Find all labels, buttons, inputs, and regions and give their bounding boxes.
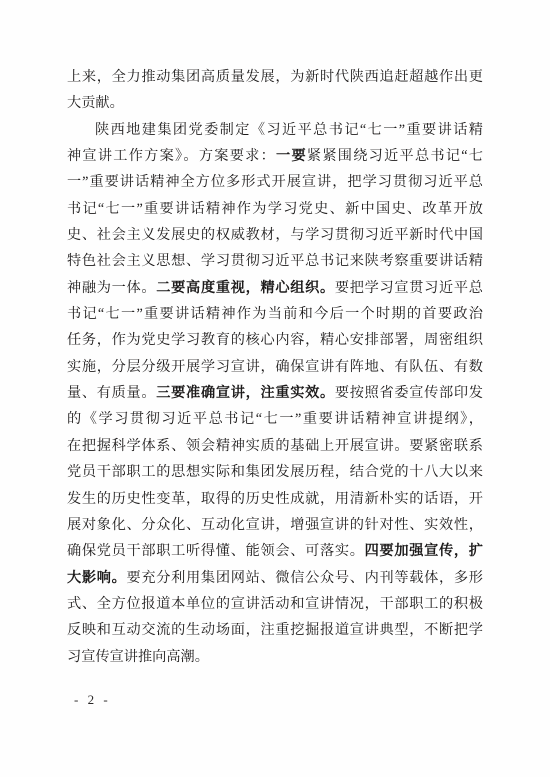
text-segment: 发生的历史性变革，取得的历史性成就，用清新朴实的话语，开 bbox=[67, 491, 483, 507]
text-segment: 反映和互动交流的生动场面，注重挖掘报道宣讲典型，不断把学 bbox=[67, 622, 483, 638]
text-segment: 特色社会主义思想、学习贯彻习近平总书记来陕考察重要讲话精 bbox=[67, 253, 483, 269]
text-line: 任务，作为党史学习教育的核心内容，精心安排部署，周密组织 bbox=[67, 327, 483, 353]
text-segment: 紧紧围绕习近平总书记“七 bbox=[307, 148, 483, 164]
bold-text-segment: 四要加强宣传，扩 bbox=[365, 543, 483, 559]
text-segment: 神融为一体。 bbox=[67, 280, 156, 296]
text-line: 展对象化、分众化、互动化宣讲，增强宣讲的针对性、实效性， bbox=[67, 512, 483, 538]
bold-text-segment: 三要准确宣讲，注重实效。 bbox=[156, 385, 335, 401]
text-segment: 党员干部职工的思想实际和集团发展历程，结合党的十八大以来 bbox=[67, 464, 483, 480]
text-line: 反映和互动交流的生动场面，注重挖掘报道宣讲典型，不断把学 bbox=[67, 617, 483, 643]
bold-text-segment: 二要高度重视，精心组织。 bbox=[156, 280, 335, 296]
document-page: 上来，全力推动集团高质量发展，为新时代陕西追赶超越作出更大贡献。陕西地建集团党委… bbox=[0, 0, 550, 777]
text-line: 特色社会主义思想、学习贯彻习近平总书记来陕考察重要讲话精 bbox=[67, 248, 483, 274]
text-segment: 要把学习宣贯习近平总 bbox=[335, 280, 483, 296]
text-line: 实施，分层分级开展学习宣讲，确保宣讲有阵地、有队伍、有数 bbox=[67, 354, 483, 380]
text-segment: 确保党员干部职工听得懂、能领会、可落实。 bbox=[67, 543, 365, 559]
text-line: 量、有质量。三要准确宣讲，注重实效。要按照省委宣传部印发 bbox=[67, 380, 483, 406]
text-segment: 式、全方位报道本单位的宣讲活动和宣讲情况，干部职工的积极 bbox=[67, 596, 483, 612]
text-segment: 上来，全力推动集团高质量发展，为新时代陕西追赶超越作出更 bbox=[67, 69, 483, 85]
text-line: 的《学习贯彻习近平总书记“七一”重要讲话精神宣讲提纲》， bbox=[67, 406, 483, 432]
page-number: - 2 - bbox=[74, 692, 111, 708]
text-segment: 陕西地建集团党委制定《习近平总书记“七一”重要讲话精 bbox=[95, 122, 483, 138]
text-segment: 习宣传宣讲推向高潮。 bbox=[67, 649, 209, 665]
text-segment: 在把握科学体系、领会精神实质的基础上开展宣讲。要紧密联系 bbox=[67, 438, 483, 454]
text-line: 上来，全力推动集团高质量发展，为新时代陕西追赶超越作出更 bbox=[67, 64, 483, 90]
text-line: 神宣讲工作方案》。方案要求：一要紧紧围绕习近平总书记“七 bbox=[67, 143, 483, 169]
text-segment: 任务，作为党史学习教育的核心内容，精心安排部署，周密组织 bbox=[67, 332, 483, 348]
text-line: 神融为一体。二要高度重视，精心组织。要把学习宣贯习近平总 bbox=[67, 275, 483, 301]
text-line: 习宣传宣讲推向高潮。 bbox=[67, 644, 483, 670]
text-line: 党员干部职工的思想实际和集团发展历程，结合党的十八大以来 bbox=[67, 459, 483, 485]
text-segment: 大贡献。 bbox=[67, 95, 124, 111]
text-line: 书记“七一”重要讲话精神作为学习党史、新中国史、改革开放 bbox=[67, 196, 483, 222]
text-segment: 展对象化、分众化、互动化宣讲，增强宣讲的针对性、实效性， bbox=[67, 517, 483, 533]
text-line: 陕西地建集团党委制定《习近平总书记“七一”重要讲话精 bbox=[67, 117, 483, 143]
bold-text-segment: 大影响。 bbox=[67, 570, 127, 586]
text-segment: 神宣讲工作方案》。方案要求： bbox=[67, 148, 276, 164]
text-line: 确保党员干部职工听得懂、能领会、可落实。四要加强宣传，扩 bbox=[67, 538, 483, 564]
bold-text-segment: 一要 bbox=[276, 148, 307, 164]
text-line: 式、全方位报道本单位的宣讲活动和宣讲情况，干部职工的积极 bbox=[67, 591, 483, 617]
text-segment: 量、有质量。 bbox=[67, 385, 156, 401]
text-segment: 一”重要讲话精神全方位多形式开展宣讲，把学习贯彻习近平总 bbox=[67, 174, 483, 190]
text-line: 发生的历史性变革，取得的历史性成就，用清新朴实的话语，开 bbox=[67, 486, 483, 512]
document-body: 上来，全力推动集团高质量发展，为新时代陕西追赶超越作出更大贡献。陕西地建集团党委… bbox=[67, 64, 483, 670]
text-segment: 书记“七一”重要讲话精神作为当前和今后一个时期的首要政治 bbox=[67, 306, 483, 322]
text-line: 书记“七一”重要讲话精神作为当前和今后一个时期的首要政治 bbox=[67, 301, 483, 327]
text-line: 史、社会主义发展史的权威教材，与学习贯彻习近平新时代中国 bbox=[67, 222, 483, 248]
text-segment: 实施，分层分级开展学习宣讲，确保宣讲有阵地、有队伍、有数 bbox=[67, 359, 483, 375]
text-segment: 书记“七一”重要讲话精神作为学习党史、新中国史、改革开放 bbox=[67, 201, 483, 217]
text-line: 一”重要讲话精神全方位多形式开展宣讲，把学习贯彻习近平总 bbox=[67, 169, 483, 195]
text-segment: 要充分利用集团网站、微信公众号、内刊等载体，多形 bbox=[127, 570, 483, 586]
text-line: 大贡献。 bbox=[67, 90, 483, 116]
text-segment: 的《学习贯彻习近平总书记“七一”重要讲话精神宣讲提纲》， bbox=[67, 411, 483, 427]
text-segment: 要按照省委宣传部印发 bbox=[335, 385, 483, 401]
text-segment: 史、社会主义发展史的权威教材，与学习贯彻习近平新时代中国 bbox=[67, 227, 483, 243]
text-line: 大影响。要充分利用集团网站、微信公众号、内刊等载体，多形 bbox=[67, 565, 483, 591]
text-line: 在把握科学体系、领会精神实质的基础上开展宣讲。要紧密联系 bbox=[67, 433, 483, 459]
